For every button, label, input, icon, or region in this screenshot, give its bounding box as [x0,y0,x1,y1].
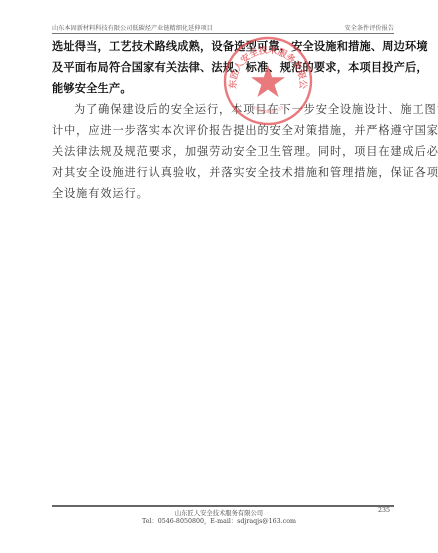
footer-contact: Tel：0546-8050800，E-mail：sdjraqjs@163.com [0,516,438,525]
conclusion-line: 能够安全生产。 [52,78,394,99]
header-report-title: 安全条件评价报告 [345,23,395,32]
paragraph-line: 对其安全设施进行认真验收，并落实安全技术措施和管理措施，保证各项安 [52,162,394,183]
paragraph-line: 计中，应进一步落实本次评价报告提出的安全对策措施，并严格遵守国家相 [52,120,394,141]
conclusion-line: 选址得当，工艺技术路线成熟，设备选型可靠，安全设施和措施、周边环境 [52,36,394,57]
paragraph-line: 为了确保建设后的安全运行，本项目在下一步安全设施设计、施工图设 [52,99,394,120]
paragraph-line: 关法律法规及规范要求，加强劳动安全卫生管理。同时，项目在建成后必须 [52,141,394,162]
document-page: 山东本固新材料科技有限公司低碳烃产业链精细化延伸项目 安全条件评价报告 选址得当… [0,0,438,553]
header-project-title: 山东本固新材料科技有限公司低碳烃产业链精细化延伸项目 [52,23,213,32]
conclusion-line: 及平面布局符合国家有关法律、法规、标准、规范的要求，本项目投产后， [52,57,394,78]
paragraph-line: 全设施有效运行。 [52,183,394,204]
page-number: 235 [378,507,390,514]
footer-divider [52,505,394,507]
body-text: 选址得当，工艺技术路线成熟，设备选型可靠，安全设施和措施、周边环境 及平面布局符… [52,36,394,204]
header-divider [52,33,394,34]
